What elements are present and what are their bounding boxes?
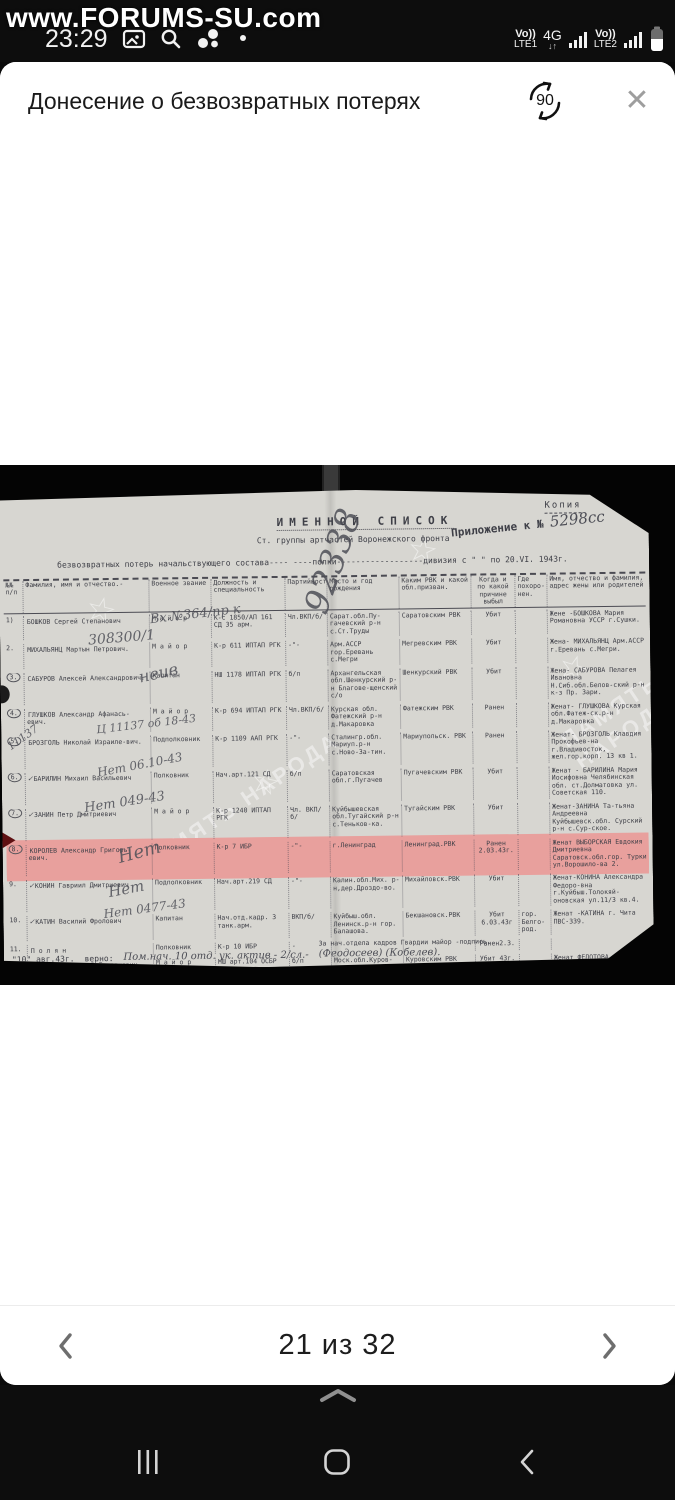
page-title: Донесение о безвозвратных потерях <box>28 88 517 115</box>
scanned-document: ☆ ☆ ☆ ☆ ПАМЯТЬ НАРОДА ПАМЯТЬ НАРОДА Копи… <box>0 485 654 970</box>
signal-bars-icon-1 <box>568 30 588 48</box>
battery-icon <box>649 25 665 53</box>
red-flag-marker <box>0 831 15 849</box>
volte2-indicator: Vo)) LTE2 <box>594 29 617 50</box>
home-icon <box>323 1448 351 1476</box>
document-viewport[interactable]: ☆ ☆ ☆ ☆ ПАМЯТЬ НАРОДА ПАМЯТЬ НАРОДА Копи… <box>0 465 675 985</box>
system-navigation-bar <box>0 1385 675 1500</box>
notification-dot-icon <box>238 34 248 44</box>
recents-icon <box>137 1449 159 1475</box>
status-bar: 23:29 Vo)) LTE1 4G ↓↑ <box>0 0 675 62</box>
chevron-up-icon <box>314 1387 362 1405</box>
recents-button[interactable] <box>118 1437 178 1487</box>
document-lead-line: безвозвратных потерь начальствующего сос… <box>57 554 641 570</box>
close-icon[interactable]: ✕ <box>615 79 659 123</box>
search-icon <box>160 28 182 50</box>
rotate-90-button[interactable]: 90 <box>517 73 573 129</box>
page-navigation: 21 из 32 <box>0 1305 675 1385</box>
next-page-button[interactable] <box>581 1318 637 1374</box>
back-button[interactable] <box>497 1437 557 1487</box>
signal-bars-icon-2 <box>623 30 643 48</box>
back-chevron-icon <box>517 1448 537 1476</box>
home-button[interactable] <box>307 1437 367 1487</box>
page-indicator: 21 из 32 <box>0 1329 675 1362</box>
4g-indicator: 4G ↓↑ <box>543 28 562 51</box>
chevron-right-icon <box>596 1330 622 1362</box>
corner-page-number: 13 <box>614 492 633 510</box>
document-subtitle: Ст. группы артчастей Воронежского фронта <box>257 534 450 545</box>
attachment-stamp: Приложение к № 5298сс <box>450 507 605 540</box>
volte1-indicator: Vo)) LTE1 <box>514 29 537 50</box>
gesture-handle[interactable] <box>0 1387 675 1405</box>
viewer-sheet: Донесение о безвозвратных потерях 90 ✕ ☆… <box>0 62 675 1385</box>
rotate-degrees-label: 90 <box>536 92 554 110</box>
status-indicators: Vo)) LTE1 4G ↓↑ Vo)) LTE2 <box>514 18 665 60</box>
clock: 23:29 <box>45 25 108 54</box>
table-row: 13. ✓ЕГОРОВ Иван Егорович Герой Советско… <box>8 979 650 1023</box>
phone-screen: 23:29 Vo)) LTE1 4G ↓↑ <box>0 0 675 1500</box>
apps-dots-icon <box>196 27 224 51</box>
image-icon <box>122 28 146 50</box>
document-title: ИМЕННОЙ СПИСОК <box>277 514 454 531</box>
viewer-header: Донесение о безвозвратных потерях 90 ✕ <box>0 62 675 140</box>
